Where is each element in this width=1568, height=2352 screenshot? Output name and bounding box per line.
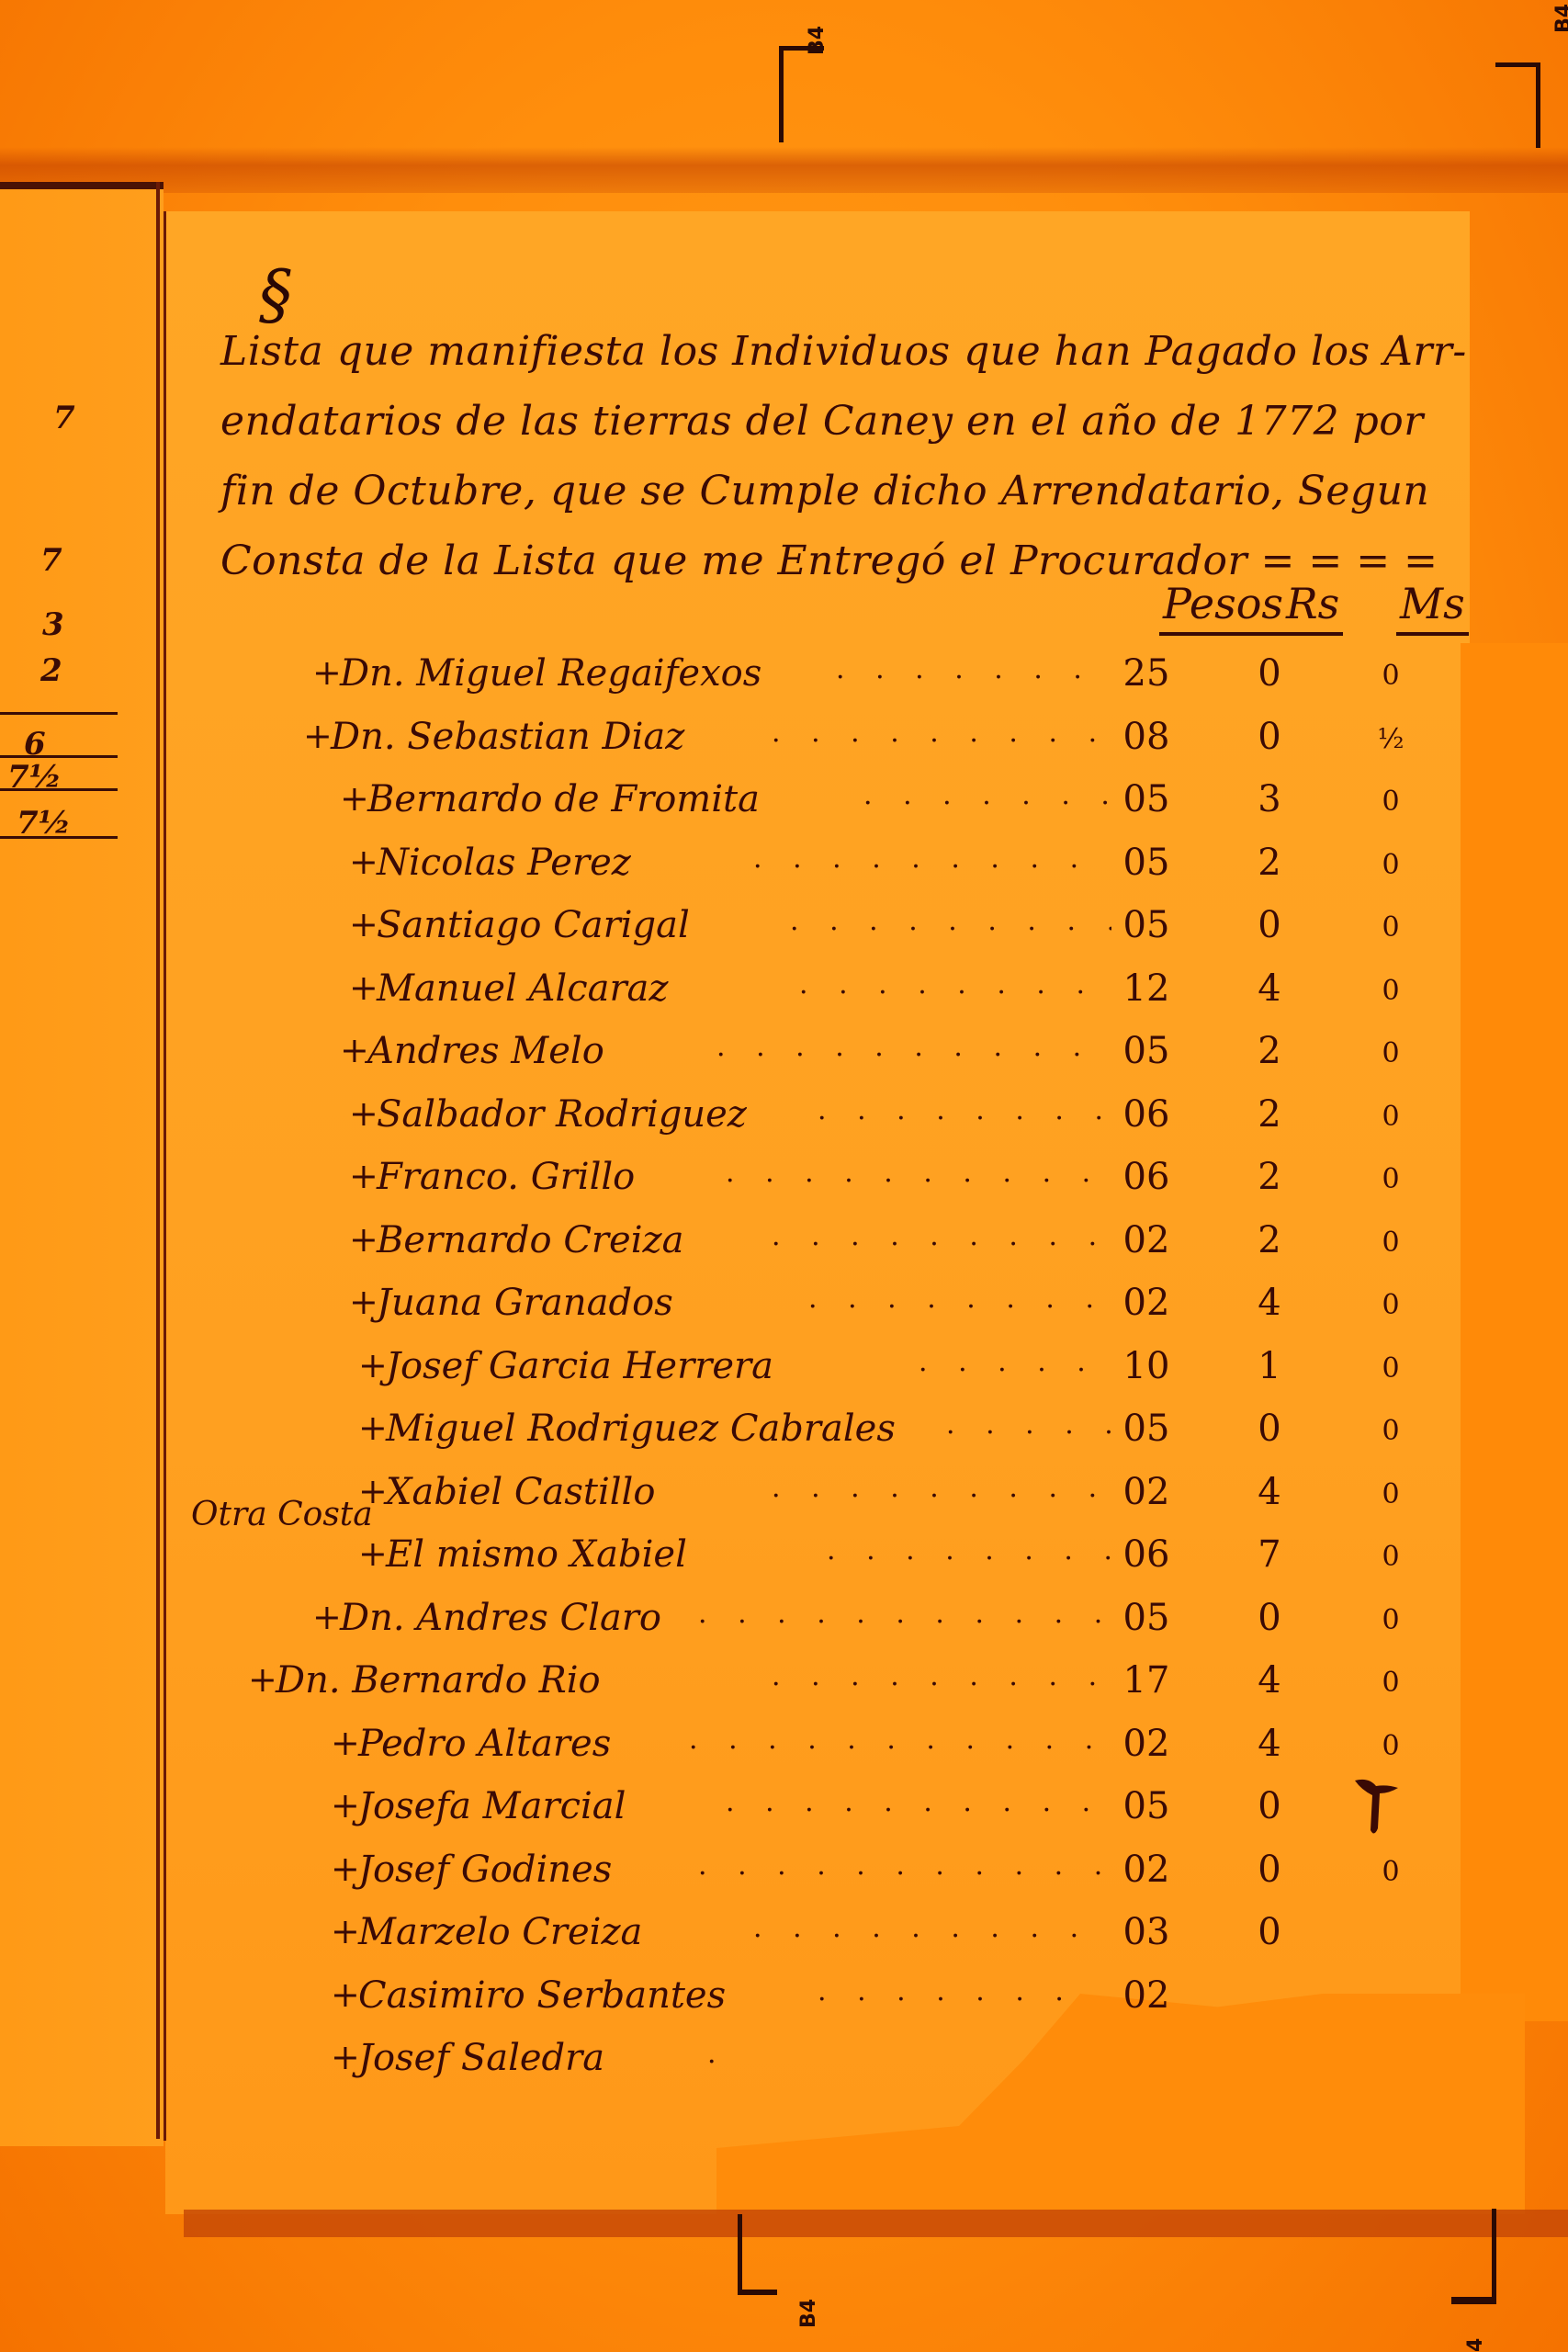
list-item: +Josef Saledra· · · · · · · · · · · · · … (0, 2037, 1568, 2092)
crop-mark-top-right (1495, 62, 1540, 148)
payer-name: Marzelo Creiza (358, 1911, 642, 1953)
amount-mrs: 0 (1363, 1604, 1418, 1636)
amount-mrs: 0 (1363, 1227, 1418, 1259)
cross-mark: + (358, 1533, 388, 1574)
amount-pesos: 05 (1119, 1030, 1174, 1072)
amount-mrs: 0 (1363, 1415, 1418, 1447)
list-item: +Dn. Bernardo Rio· · · · · · · · · · · ·… (0, 1659, 1568, 1714)
leader-dots: · · · · · · · · · · · · · · · · · · · · … (698, 1858, 1111, 1885)
payer-name: Franco. Grillo (377, 1156, 635, 1198)
amount-pesos: 02 (1119, 1974, 1174, 2017)
crop-mark-bottom-left (738, 2214, 777, 2295)
leader-dots: · · · · · · · · · · · · · · · · · · · · … (707, 2046, 716, 2074)
payer-name: Manuel Alcaraz (377, 967, 668, 1010)
list-item: +Franco. Grillo· · · · · · · · · · · · ·… (0, 1156, 1568, 1211)
crop-mark-bottom-right (1451, 2209, 1496, 2304)
cross-mark: + (349, 967, 378, 1008)
amount-pesos: 05 (1119, 1408, 1174, 1450)
list-item: +Josefa Marcial· · · · · · · · · · · · ·… (0, 1785, 1568, 1840)
amount-pesos: 05 (1119, 904, 1174, 946)
amount-mrs: 0 (1363, 1163, 1418, 1195)
ink-blot (1350, 1773, 1405, 1847)
payer-name: Xabiel Castillo (386, 1471, 655, 1513)
column-header-maravedis: Ms (1396, 579, 1469, 636)
list-item: +Salbador Rodriguez· · · · · · · · · · ·… (0, 1093, 1568, 1148)
cross-mark: + (349, 1282, 378, 1322)
payer-name: Bernardo de Fromita (367, 778, 760, 820)
leader-dots: · · · · · · · · · · · · · · · · · · · · … (698, 1606, 1111, 1634)
margin-number: 3 (42, 606, 64, 643)
crop-label-top-left: B4 (806, 26, 829, 55)
amount-pesos: 06 (1119, 1156, 1174, 1198)
cross-mark: + (331, 1974, 360, 2015)
amount-reales: 7 (1242, 1533, 1297, 1576)
amount-pesos: 02 (1119, 1282, 1174, 1324)
amount-reales: 4 (1242, 1282, 1297, 1324)
cross-mark: + (349, 1219, 378, 1260)
leader-dots: · · · · · · · · · · · · · · · · · · · · … (753, 851, 1111, 878)
leader-dots: · · · · · · · · · · · · · · · · · · · · … (726, 1794, 1111, 1822)
heading-line: Lista que manifiesta los Individuos que … (220, 317, 1488, 387)
heading-line: endatarios de las tierras del Caney en e… (220, 387, 1488, 457)
amount-pesos: 05 (1119, 842, 1174, 884)
leader-dots: · · · · · · · · · · · · · · · · · · · · … (827, 1543, 1111, 1570)
amount-reales: 2 (1242, 842, 1297, 884)
list-item: +Josef Garcia Herrera· · · · · · · · · ·… (0, 1345, 1568, 1400)
amount-pesos: 02 (1119, 1471, 1174, 1513)
amount-mrs: 0 (1363, 849, 1418, 881)
amount-pesos: 25 (1119, 652, 1174, 695)
leader-dots: · · · · · · · · · · · · · · · · · · · · … (863, 787, 1111, 815)
amount-mrs: 0 (1363, 1037, 1418, 1069)
payer-name: Josef Godines (358, 1849, 612, 1891)
amount-pesos: 10 (1119, 1345, 1174, 1387)
list-item: +Bernardo de Fromita· · · · · · · · · · … (0, 778, 1568, 833)
scanner-shadow-top (0, 147, 1568, 193)
cross-mark: + (331, 1785, 360, 1826)
list-item: +Miguel Rodriguez Cabrales· · · · · · · … (0, 1408, 1568, 1463)
cross-mark: + (331, 1723, 360, 1763)
cross-mark: + (349, 842, 378, 882)
leader-dots: · · · · · · · · · · · · · · · · · · · · … (946, 1417, 1111, 1444)
list-item: +Santiago Carigal· · · · · · · · · · · ·… (0, 904, 1568, 959)
crop-mark-top-left (779, 46, 824, 142)
amount-mrs: 0 (1363, 1667, 1418, 1699)
cross-mark: + (358, 1471, 388, 1511)
amount-reales: 0 (1242, 652, 1297, 695)
amount-mrs: 0 (1363, 786, 1418, 818)
payer-name: Santiago Carigal (377, 904, 690, 946)
payer-name: Juana Granados (377, 1282, 673, 1324)
leader-dots: · · · · · · · · · · · · · · · · · · · · … (799, 977, 1111, 1004)
cross-mark: + (331, 2037, 360, 2077)
payer-name: El mismo Xabiel (386, 1533, 687, 1576)
payer-name: Bernardo Creiza (377, 1219, 683, 1261)
column-header-pesos: Pesos (1159, 579, 1287, 636)
amount-pesos: 06 (1119, 1533, 1174, 1576)
crop-label-bottom-right: 4 (1464, 2338, 1487, 2352)
cross-mark: + (303, 716, 333, 756)
amount-reales: 0 (1242, 1911, 1297, 1953)
margin-number: 7 (53, 400, 75, 436)
cross-mark: + (248, 1659, 277, 1700)
amount-reales: 0 (1242, 1408, 1297, 1450)
leader-dots: · · · · · · · · · · · · · · · · · · · · … (772, 1668, 1111, 1696)
payer-name: Nicolas Perez (377, 842, 631, 884)
payer-name: Salbador Rodriguez (377, 1093, 747, 1136)
list-item: +Bernardo Creiza· · · · · · · · · · · · … (0, 1219, 1568, 1274)
amount-reales: 1 (1242, 1345, 1297, 1387)
payer-name: Pedro Altares (358, 1723, 611, 1765)
list-item: +Xabiel Castillo· · · · · · · · · · · · … (0, 1471, 1568, 1526)
cross-mark: + (312, 1597, 342, 1637)
amount-mrs: 0 (1363, 1856, 1418, 1888)
leader-dots: · · · · · · · · · · · · · · · · · · · · … (772, 725, 1111, 752)
leader-dots: · · · · · · · · · · · · · · · · · · · · … (772, 1228, 1111, 1256)
amount-reales: 0 (1242, 716, 1297, 758)
amount-mrs: 0 (1363, 1730, 1418, 1762)
payer-name: Dn. Andres Claro (340, 1597, 661, 1639)
amount-reales: 2 (1242, 1219, 1297, 1261)
amount-reales: 4 (1242, 1659, 1297, 1702)
amount-mrs: 0 (1363, 911, 1418, 944)
leader-dots: · · · · · · · · · · · · · · · · · · · · … (772, 1480, 1111, 1508)
crop-label-bottom-left: B4 (797, 2299, 820, 2328)
amount-mrs: 0 (1363, 1101, 1418, 1133)
crop-label-top-right: B4 (1552, 4, 1568, 33)
amount-reales: 2 (1242, 1093, 1297, 1136)
amount-mrs: 0 (1363, 1352, 1418, 1385)
amount-reales: 0 (1242, 1785, 1297, 1827)
amount-mrs: 0 (1363, 660, 1418, 692)
list-item: +Casimiro Serbantes· · · · · · · · · · ·… (0, 1974, 1568, 2030)
cross-mark: + (358, 1345, 388, 1385)
cross-mark: + (331, 1911, 360, 1951)
amount-reales: 2 (1242, 1030, 1297, 1072)
cross-mark: + (340, 778, 369, 819)
leader-dots: · · · · · · · · · · · · · · · · · · · · … (689, 1732, 1111, 1759)
leader-dots: · · · · · · · · · · · · · · · · · · · · … (808, 1291, 1111, 1318)
list-item: +Marzelo Creiza· · · · · · · · · · · · ·… (0, 1911, 1568, 1966)
payer-name: Josefa Marcial (358, 1785, 626, 1827)
payer-name: Casimiro Serbantes (358, 1974, 726, 2017)
cross-mark: + (349, 1093, 378, 1134)
leader-dots: · · · · · · · · · · · · · · · · · · · · … (790, 913, 1111, 941)
payer-name: Josef Garcia Herrera (386, 1345, 773, 1387)
amount-pesos: 05 (1119, 778, 1174, 820)
leader-dots: · · · · · · · · · · · · · · · · · · · · … (716, 1039, 1111, 1067)
list-item: +Josef Godines· · · · · · · · · · · · · … (0, 1849, 1568, 1904)
amount-mrs: 0 (1363, 1478, 1418, 1510)
column-header-reales: Rs (1282, 579, 1343, 636)
amount-mrs: 0 (1363, 1289, 1418, 1321)
leader-dots: · · · · · · · · · · · · · · · · · · · · … (726, 1165, 1111, 1193)
amount-pesos: 03 (1119, 1911, 1174, 1953)
cross-mark: + (349, 1156, 378, 1196)
list-item: +Dn. Sebastian Diaz· · · · · · · · · · ·… (0, 716, 1568, 771)
payer-name: Dn. Sebastian Diaz (331, 716, 684, 758)
list-item: +Dn. Andres Claro· · · · · · · · · · · ·… (0, 1597, 1568, 1652)
amount-pesos: 12 (1119, 967, 1174, 1010)
margin-number: 7 (40, 542, 62, 579)
payer-name: Miguel Rodriguez Cabrales (386, 1408, 896, 1450)
leader-dots: · · · · · · · · · · · · · · · · · · · · … (818, 1102, 1111, 1130)
amount-pesos: 06 (1119, 1093, 1174, 1136)
amount-pesos: 08 (1119, 716, 1174, 758)
payer-name: Andres Melo (367, 1030, 604, 1072)
amount-pesos: 17 (1119, 1659, 1174, 1702)
cross-mark: + (340, 1030, 369, 1070)
document-heading: Lista que manifiesta los Individuos que … (220, 317, 1488, 596)
cross-mark: + (349, 904, 378, 944)
amount-reales: 3 (1242, 778, 1297, 820)
list-item: +El mismo Xabiel· · · · · · · · · · · · … (0, 1533, 1568, 1589)
list-item: +Andres Melo· · · · · · · · · · · · · · … (0, 1030, 1568, 1085)
amount-pesos: 02 (1119, 1849, 1174, 1891)
amount-reales: 4 (1242, 967, 1297, 1010)
list-item: +Manuel Alcaraz· · · · · · · · · · · · ·… (0, 967, 1568, 1023)
heading-line: fin de Octubre, que se Cumple dicho Arre… (220, 457, 1488, 526)
leader-dots: · · · · · · · · · · · · · · · · · · · · … (818, 1984, 1075, 2011)
amount-reales: 4 (1242, 1723, 1297, 1765)
amount-pesos: 02 (1119, 1723, 1174, 1765)
amount-reales: 2 (1242, 1156, 1297, 1198)
amount-reales: 4 (1242, 1471, 1297, 1513)
list-item: +Dn. Miguel Regaifexos· · · · · · · · · … (0, 652, 1568, 707)
payer-name: Josef Saledra (358, 2037, 604, 2079)
amount-reales: 0 (1242, 904, 1297, 946)
amount-mrs: 0 (1363, 1541, 1418, 1573)
leader-dots: · · · · · · · · · · · · · · · · · · · · … (753, 1920, 1111, 1948)
list-item: +Pedro Altares· · · · · · · · · · · · · … (0, 1723, 1568, 1778)
leader-dots: · · · · · · · · · · · · · · · · · · · · … (919, 1354, 1111, 1382)
cross-mark: + (331, 1849, 360, 1889)
amount-mrs: 0 (1363, 975, 1418, 1007)
amount-pesos: 02 (1119, 1219, 1174, 1261)
amount-mrs: ½ (1363, 723, 1418, 755)
cross-mark: + (312, 652, 342, 693)
amount-pesos: 05 (1119, 1597, 1174, 1639)
payer-name: Dn. Bernardo Rio (276, 1659, 601, 1702)
leader-dots: · · · · · · · · · · · · · · · · · · · · … (836, 661, 1111, 689)
payer-name: Dn. Miguel Regaifexos (340, 652, 761, 695)
scanner-shadow-bottom (184, 2210, 1568, 2237)
amount-pesos: 05 (1119, 1785, 1174, 1827)
list-item: +Nicolas Perez· · · · · · · · · · · · · … (0, 842, 1568, 897)
cross-mark: + (358, 1408, 388, 1448)
amount-reales: 0 (1242, 1597, 1297, 1639)
margin-rule (0, 836, 118, 839)
list-item: +Juana Granados· · · · · · · · · · · · ·… (0, 1282, 1568, 1337)
amount-reales: 0 (1242, 1849, 1297, 1891)
